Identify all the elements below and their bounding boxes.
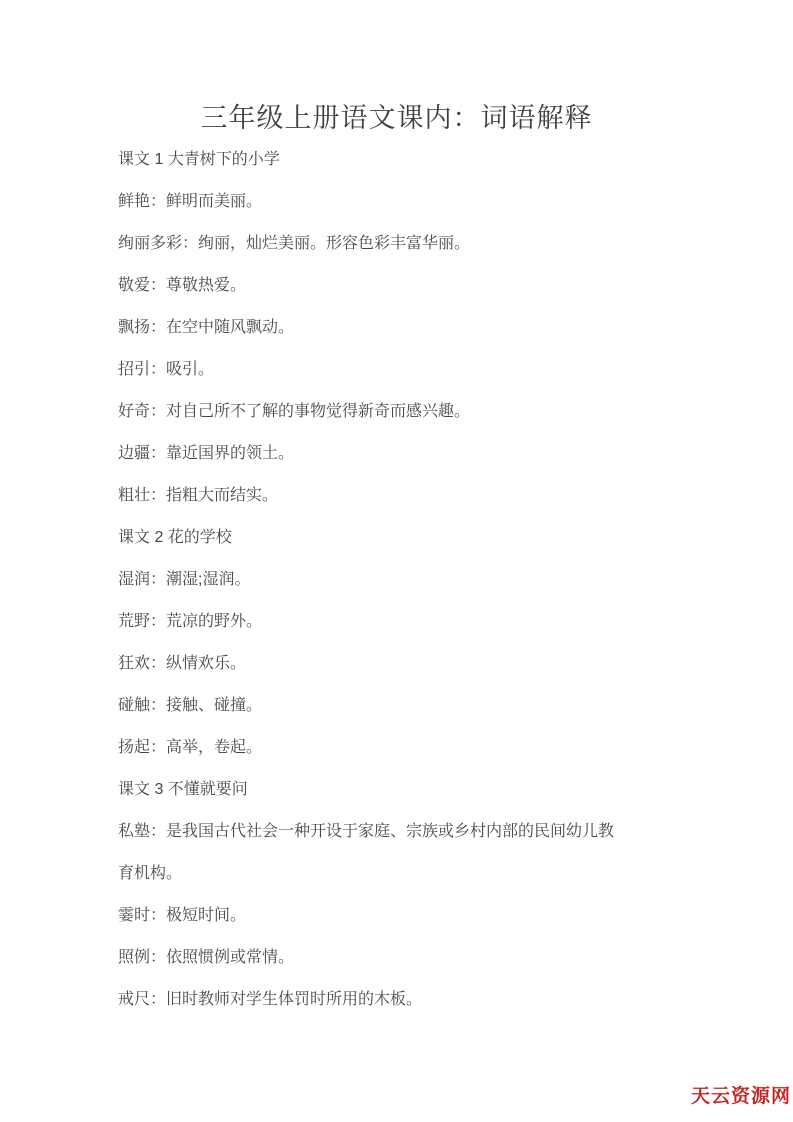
definition-entry: 扬起：高举，卷起。 bbox=[118, 727, 618, 769]
definition-entry: 边疆：靠近国界的领土。 bbox=[118, 433, 618, 475]
term-label: 绚丽多彩 bbox=[118, 235, 182, 252]
definition-text: 纵情欢乐。 bbox=[166, 655, 246, 672]
colon-separator: ： bbox=[150, 949, 166, 966]
definition-text: 高举，卷起。 bbox=[166, 739, 262, 756]
definition-entry: 照例：依照惯例或常情。 bbox=[118, 937, 618, 979]
definition-entry: 狂欢：纵情欢乐。 bbox=[118, 643, 618, 685]
term-label: 招引 bbox=[118, 361, 150, 378]
colon-separator: ： bbox=[150, 571, 166, 588]
definition-entry: 鲜艳：鲜明而美丽。 bbox=[118, 181, 618, 223]
term-label: 湿润 bbox=[118, 571, 150, 588]
content-area: 课文 1 大青树下的小学 鲜艳：鲜明而美丽。 绚丽多彩：绚丽，灿烂美丽。形容色彩… bbox=[118, 139, 618, 1021]
definition-text: 依照惯例或常情。 bbox=[166, 949, 294, 966]
definition-entry: 戒尺：旧时教师对学生体罚时所用的木板。 bbox=[118, 979, 618, 1021]
definition-entry: 好奇：对自己所不了解的事物觉得新奇而感兴趣。 bbox=[118, 391, 618, 433]
definition-entry: 敬爱：尊敬热爱。 bbox=[118, 265, 618, 307]
term-label: 戒尺 bbox=[118, 991, 150, 1008]
term-label: 霎时 bbox=[118, 907, 150, 924]
colon-separator: ： bbox=[150, 361, 166, 378]
colon-separator: ： bbox=[150, 739, 166, 756]
definition-text: 鲜明而美丽。 bbox=[166, 193, 262, 210]
term-label: 私塾 bbox=[118, 823, 150, 840]
definition-entry: 荒野：荒凉的野外。 bbox=[118, 601, 618, 643]
colon-separator: ： bbox=[150, 445, 166, 462]
definition-text: 潮湿;湿润。 bbox=[166, 571, 250, 588]
colon-separator: ： bbox=[150, 613, 166, 630]
colon-separator: ： bbox=[150, 487, 166, 504]
colon-separator: ： bbox=[150, 403, 166, 420]
term-label: 扬起 bbox=[118, 739, 150, 756]
term-label: 敬爱 bbox=[118, 277, 150, 294]
colon-separator: ： bbox=[150, 991, 166, 1008]
definition-text: 吸引。 bbox=[166, 361, 214, 378]
definition-text: 旧时教师对学生体罚时所用的木板。 bbox=[166, 991, 422, 1008]
definition-text: 接触、碰撞。 bbox=[166, 697, 262, 714]
colon-separator: ： bbox=[182, 235, 198, 252]
definition-text: 尊敬热爱。 bbox=[166, 277, 246, 294]
document-page: 三年级上册语文课内：词语解释 课文 1 大青树下的小学 鲜艳：鲜明而美丽。 绚丽… bbox=[0, 0, 793, 1122]
definition-entry: 碰触：接触、碰撞。 bbox=[118, 685, 618, 727]
definition-entry: 招引：吸引。 bbox=[118, 349, 618, 391]
term-label: 碰触 bbox=[118, 697, 150, 714]
definition-text: 极短时间。 bbox=[166, 907, 246, 924]
definition-entry: 粗壮：指粗大而结实。 bbox=[118, 475, 618, 517]
term-label: 狂欢 bbox=[118, 655, 150, 672]
colon-separator: ： bbox=[150, 907, 166, 924]
term-label: 荒野 bbox=[118, 613, 150, 630]
definition-text: 靠近国界的领土。 bbox=[166, 445, 294, 462]
definition-entry: 飘扬：在空中随风飘动。 bbox=[118, 307, 618, 349]
section-heading: 课文 3 不懂就要问 bbox=[118, 769, 618, 811]
colon-separator: ： bbox=[150, 655, 166, 672]
colon-separator: ： bbox=[150, 277, 166, 294]
colon-separator: ： bbox=[150, 697, 166, 714]
definition-entry: 绚丽多彩：绚丽，灿烂美丽。形容色彩丰富华丽。 bbox=[118, 223, 618, 265]
watermark: 天云资源网 bbox=[691, 1087, 791, 1107]
colon-separator: ： bbox=[150, 319, 166, 336]
term-label: 好奇 bbox=[118, 403, 150, 420]
colon-separator: ： bbox=[150, 823, 166, 840]
section-heading: 课文 1 大青树下的小学 bbox=[118, 139, 618, 181]
term-label: 边疆 bbox=[118, 445, 150, 462]
definition-text: 指粗大而结实。 bbox=[166, 487, 278, 504]
term-label: 粗壮 bbox=[118, 487, 150, 504]
definition-entry: 霎时：极短时间。 bbox=[118, 895, 618, 937]
definition-entry: 湿润：潮湿;湿润。 bbox=[118, 559, 618, 601]
definition-text: 绚丽，灿烂美丽。形容色彩丰富华丽。 bbox=[198, 235, 470, 252]
definition-text: 是我国古代社会一种开设于家庭、宗族或乡村内部的民间幼儿教育机构。 bbox=[118, 823, 614, 882]
term-label: 鲜艳 bbox=[118, 193, 150, 210]
term-label: 飘扬 bbox=[118, 319, 150, 336]
definition-text: 荒凉的野外。 bbox=[166, 613, 262, 630]
definition-text: 在空中随风飘动。 bbox=[166, 319, 294, 336]
colon-separator: ： bbox=[150, 193, 166, 210]
section-heading: 课文 2 花的学校 bbox=[118, 517, 618, 559]
definition-text: 对自己所不了解的事物觉得新奇而感兴趣。 bbox=[166, 403, 470, 420]
page-title: 三年级上册语文课内：词语解释 bbox=[0, 0, 793, 133]
term-label: 照例 bbox=[118, 949, 150, 966]
definition-entry: 私塾：是我国古代社会一种开设于家庭、宗族或乡村内部的民间幼儿教育机构。 bbox=[118, 811, 618, 895]
